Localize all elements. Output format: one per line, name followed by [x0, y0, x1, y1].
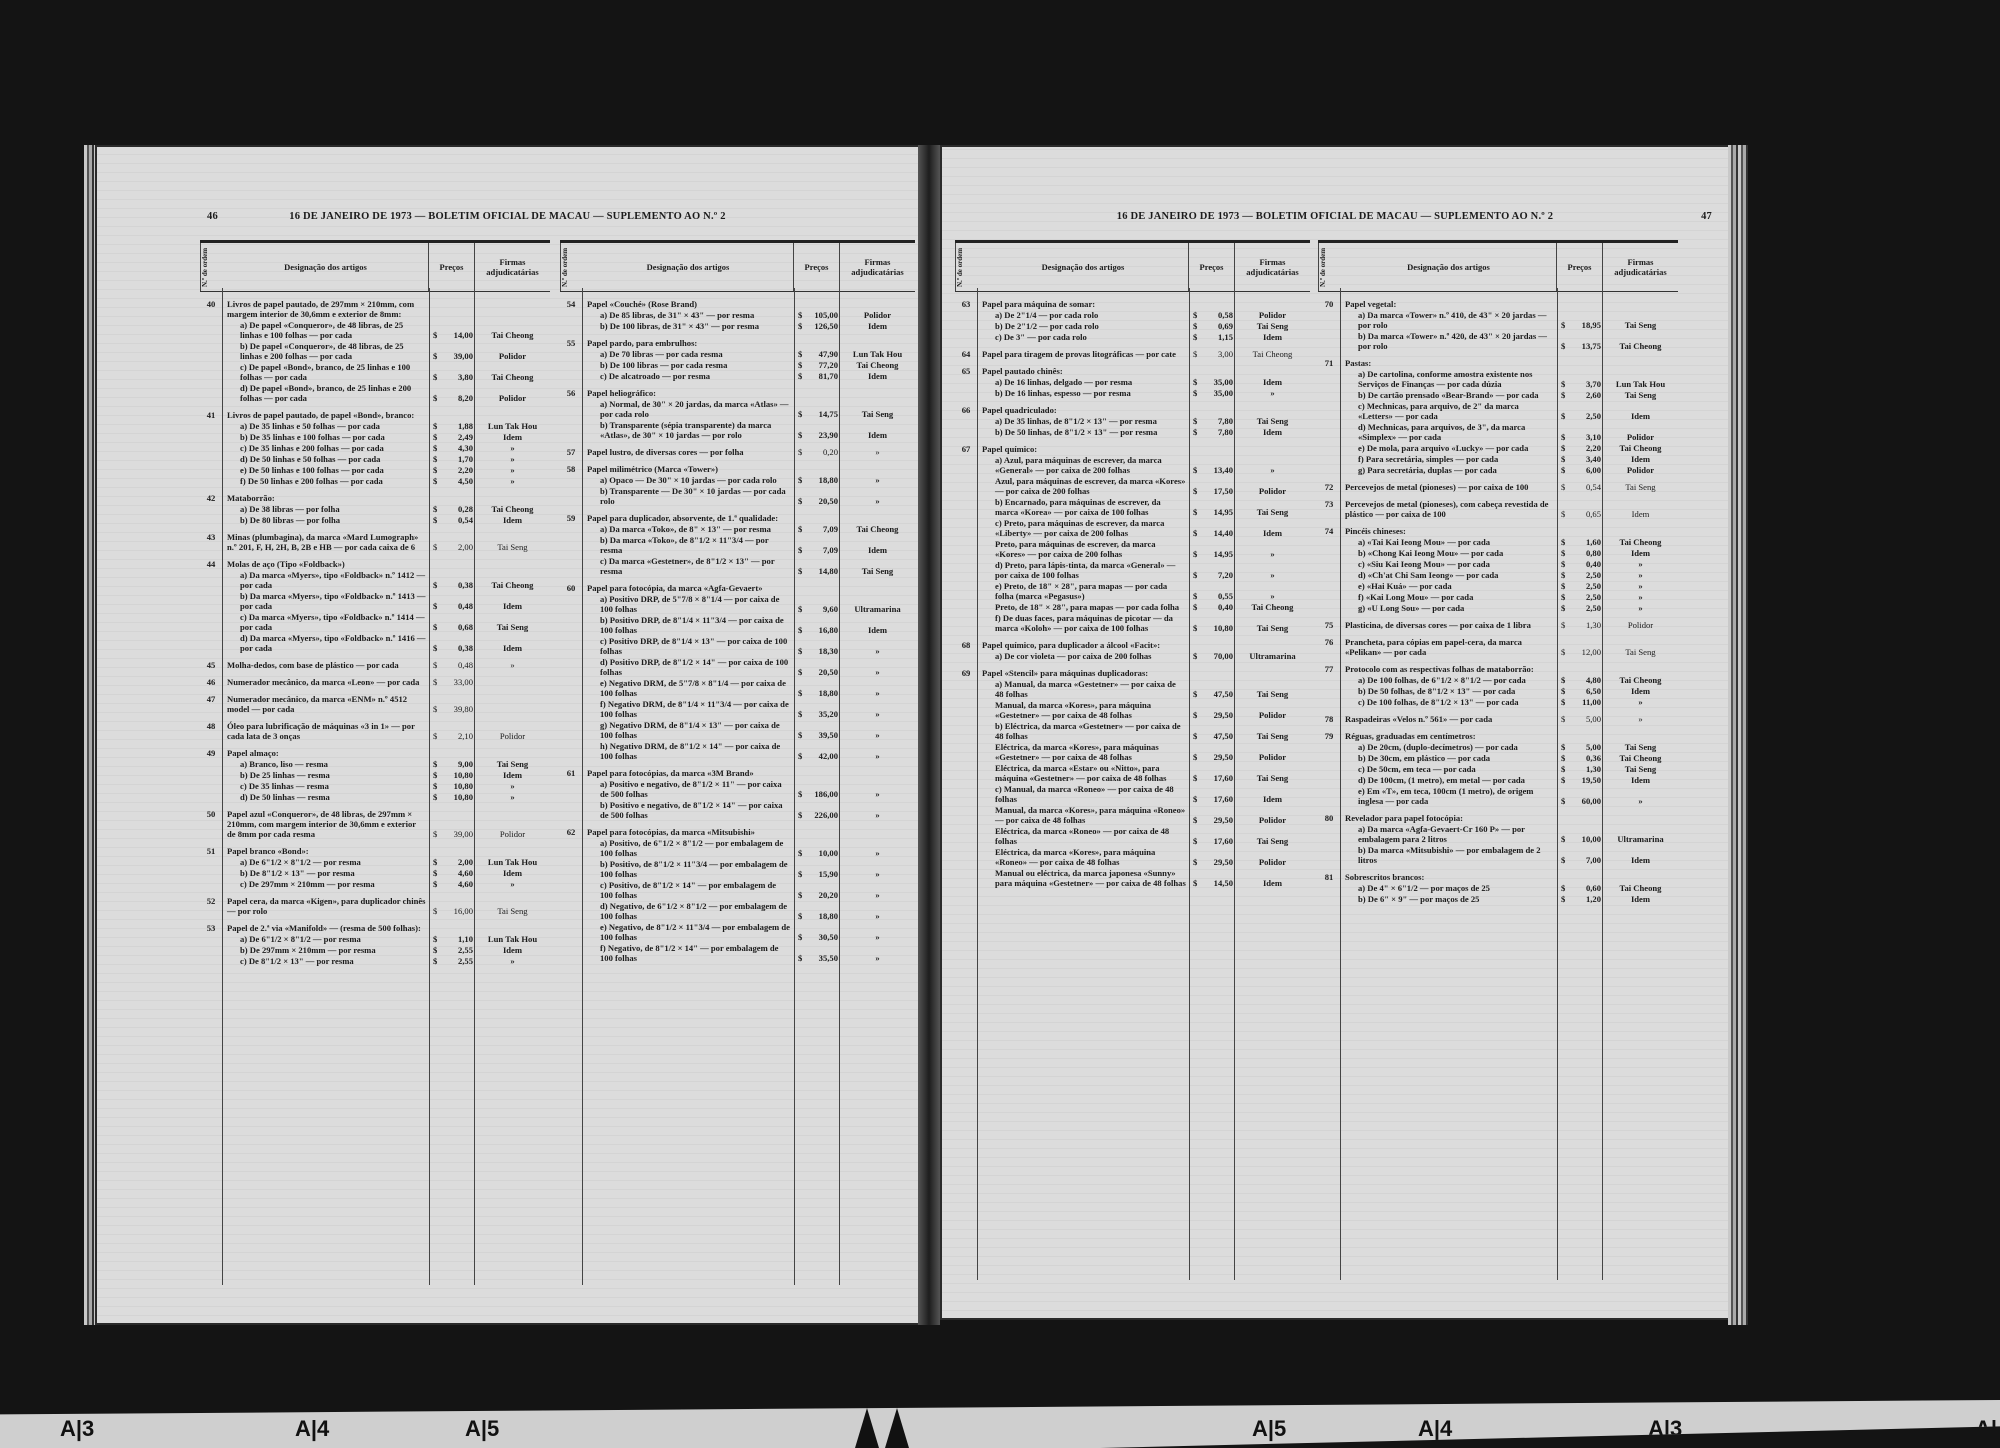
subitem-designation: b) De 2"1/2 — por cada rolo [977, 321, 1190, 331]
table-subrow: c) De 35 linhas e 200 folhas — por cada$… [200, 443, 550, 453]
subitem-designation: c) De 297mm × 210mm — por resma [222, 879, 430, 889]
item-price: $0,54 [1558, 482, 1603, 492]
table-subrow: b) De 80 libras — por folha$0,54Idem [200, 515, 550, 525]
subitem-price: $35,50 [795, 943, 840, 963]
subitem-firm: Tai Seng [1235, 721, 1310, 741]
table-row: 55Papel pardo, para embrulhos: [560, 338, 915, 348]
subitem-designation: a) «Tai Kai Ieong Mou» — por cada [1340, 537, 1558, 547]
table-subrow: b) «Chong Kai Ieong Mou» — por cada$0,80… [1318, 548, 1678, 558]
item-price: $33,00 [430, 677, 475, 687]
subitem-firm: Idem [475, 868, 550, 878]
table-subrow: a) De 2"1/4 — por cada rolo$0,58Polidor [955, 310, 1310, 320]
item-designation: Papel almaço: [222, 748, 430, 758]
item-designation: Papel para fotocópia, da marca «Agfa-Gev… [582, 583, 795, 593]
col-header-price: Preços [1188, 243, 1234, 291]
film-mark: A|4 [295, 1416, 329, 1442]
subitem-designation: a) Positivo DRP, de 5"7/8 × 8"1/4 — por … [582, 594, 795, 614]
subitem-firm: Tai Cheong [1603, 443, 1678, 453]
order-number: 77 [1318, 664, 1340, 674]
subitem-price: $226,00 [795, 800, 840, 820]
table-subrow: a) De 38 libras — por folha$0,28Tai Cheo… [200, 504, 550, 514]
col-header-firms: Firmas adjudicatárias [474, 243, 550, 291]
subitem-price: $0,60 [1558, 883, 1603, 893]
table-subrow: a) De 100 folhas, de 6"1/2 × 8"1/2 — por… [1318, 675, 1678, 685]
subitem-designation: g) Para secretária, duplas — por cada [1340, 465, 1558, 475]
table-subrow: e) De 50 linhas e 100 folhas — por cada$… [200, 465, 550, 475]
subitem-firm: » [840, 943, 915, 963]
table-header: N.º de ordemDesignação dos artigosPreços… [560, 240, 915, 292]
subitem-designation: h) Negativo DRM, de 8"1/2 × 14" — por ca… [582, 741, 795, 761]
subitem-firm: Tai Cheong [1603, 331, 1678, 351]
subitem-designation: b) De 50 folhas, de 8"1/2 × 13" — por ca… [1340, 686, 1558, 696]
subitem-firm: Tai Seng [1235, 416, 1310, 426]
subitem-firm: Tai Cheong [475, 504, 550, 514]
table-subrow: a) De 70 libras — por cada resma$47,90Lu… [560, 349, 915, 359]
subitem-designation: c) De 35 linhas — resma [222, 781, 430, 791]
subitem-price: $35,00 [1190, 388, 1235, 398]
order-number: 44 [200, 559, 222, 569]
col-header-no: N.º de ordem [955, 243, 978, 291]
item-designation: Percevejos de metal (pioneses), com cabe… [1340, 499, 1558, 519]
subitem-firm: Tai Seng [1235, 763, 1310, 783]
subitem-price: $2,50 [1558, 570, 1603, 580]
subitem-price: $126,50 [795, 321, 840, 331]
order-number: 76 [1318, 637, 1340, 657]
table-row: 67Papel químico: [955, 444, 1310, 454]
subitem-designation: d) De 50 linhas e 50 folhas — por cada [222, 454, 430, 464]
subitem-price: $17,50 [1190, 476, 1235, 496]
subitem-designation: c) De 50cm, em teca — por cada [1340, 764, 1558, 774]
subitem-price: $23,90 [795, 420, 840, 440]
table-row: 46Numerador mecânico, da marca «Leon» — … [200, 677, 550, 687]
order-number: 61 [560, 768, 582, 778]
subitem-firm: » [1235, 539, 1310, 559]
table-subrow: a) Da marca «Myers», tipo «Foldback» n.º… [200, 570, 550, 590]
table-header: N.º de ordemDesignação dos artigosPreços… [1318, 240, 1678, 292]
film-strip: A|3 A|4 A|5 A|5 A|4 A|3 A| [0, 1400, 2000, 1448]
table-subrow: b) De 16 linhas, espesso — por resma$35,… [955, 388, 1310, 398]
table-subrow: a) Branco, liso — resma$9,00Tai Seng [200, 759, 550, 769]
subitem-price: $17,60 [1190, 826, 1235, 846]
subitem-designation: f) De 50 linhas e 200 folhas — por cada [222, 476, 430, 486]
subitem-price: $10,80 [430, 792, 475, 802]
order-number: 64 [955, 349, 977, 359]
subitem-firm: Lun Tak Hou [475, 934, 550, 944]
subitem-price: $16,80 [795, 615, 840, 635]
subitem-designation: a) De 4" × 6"1/2 — por maços de 25 [1340, 883, 1558, 893]
table-subrow: d) De 100cm, (1 metro), em metal — por c… [1318, 775, 1678, 785]
table-subrow: a) De 20cm, (duplo-decímetros) — por cad… [1318, 742, 1678, 752]
subitem-designation: Preto, para máquinas de escrever, da mar… [977, 539, 1190, 559]
subitem-price: $20,50 [795, 486, 840, 506]
item-price: $3,00 [1190, 349, 1235, 359]
subitem-designation: Azul, para máquinas de escrever, da marc… [977, 476, 1190, 496]
order-number: 45 [200, 660, 222, 670]
subitem-designation: a) Da marca «Toko», de 8" × 13" — por re… [582, 524, 795, 534]
col-header-no: N.º de ordem [200, 243, 223, 291]
order-number: 49 [200, 748, 222, 758]
subitem-firm: Polidor [840, 310, 915, 320]
subitem-designation: b) Da marca «Mitsubishi» — por embalagem… [1340, 845, 1558, 865]
item-firm: Tai Seng [1603, 637, 1678, 657]
subitem-price: $0,69 [1190, 321, 1235, 331]
table-subrow: f) Negativo DRM, de 8"1/4 × 11"3/4 — por… [560, 699, 915, 719]
item-price: $39,80 [430, 694, 475, 714]
subitem-firm: » [840, 922, 915, 942]
subitem-designation: b) Transparente — De 30" × 10 jardas — p… [582, 486, 795, 506]
subitem-price: $30,50 [795, 922, 840, 942]
order-number: 74 [1318, 526, 1340, 536]
subitem-firm: Tai Seng [1235, 613, 1310, 633]
table-subrow: g) «U Long Sou» — por cada$2,50» [1318, 603, 1678, 613]
subitem-price: $3,70 [1558, 369, 1603, 389]
subitem-firm: » [840, 880, 915, 900]
table-row: 69Papel «Stencil» para máquinas duplicad… [955, 668, 1310, 678]
table-subrow: a) De cartolina, conforme amostra existe… [1318, 369, 1678, 389]
subitem-price: $29,50 [1190, 700, 1235, 720]
order-number: 62 [560, 827, 582, 837]
subitem-firm: Idem [840, 321, 915, 331]
subitem-firm: Polidor [1603, 465, 1678, 475]
subitem-firm: Polidor [1235, 700, 1310, 720]
subitem-designation: c) Manual, da marca «Roneo» — por caixa … [977, 784, 1190, 804]
subitem-price: $0,55 [1190, 581, 1235, 601]
subitem-designation: a) De 70 libras — por cada resma [582, 349, 795, 359]
subitem-firm: Tai Seng [1235, 321, 1310, 331]
subitem-designation: c) De papel «Bond», branco, de 25 linhas… [222, 362, 430, 382]
col-header-designation: Designação dos artigos [1341, 262, 1556, 272]
item-price: $16,00 [430, 896, 475, 916]
table-subrow: b) De 50 folhas, de 8"1/2 × 13" — por ca… [1318, 686, 1678, 696]
subitem-firm: Idem [475, 633, 550, 653]
item-price: $0,48 [430, 660, 475, 670]
subitem-designation: b) Transparente (sépia transparente) da … [582, 420, 795, 440]
table-subrow: d) Preto, para lápis-tinta, da marca «Ge… [955, 560, 1310, 580]
order-number: 42 [200, 493, 222, 503]
subitem-designation: d) Negativo, de 6"1/2 × 8"1/2 — por emba… [582, 901, 795, 921]
order-number: 80 [1318, 813, 1340, 823]
item-designation: Minas (plumbagina), da marca «Mard Lumog… [222, 532, 430, 552]
col-header-no: N.º de ordem [560, 243, 583, 291]
table-row: 59Papel para duplicador, absorvente, de … [560, 513, 915, 523]
subitem-price: $4,60 [430, 868, 475, 878]
subitem-designation: a) De cartolina, conforme amostra existe… [1340, 369, 1558, 389]
subitem-price: $9,60 [795, 594, 840, 614]
subitem-price: $29,50 [1190, 742, 1235, 762]
item-designation: Papel vegetal: [1340, 299, 1558, 309]
subitem-firm: » [1603, 559, 1678, 569]
subitem-designation: e) Em «T», em teca, 100cm (1 metro), de … [1340, 786, 1558, 806]
item-firm: Polidor [475, 721, 550, 741]
item-designation: Numerador mecânico, da marca «Leon» — po… [222, 677, 430, 687]
subitem-price: $10,80 [430, 781, 475, 791]
table-subrow: b) De cartão prensado «Bear-Brand» — por… [1318, 390, 1678, 400]
order-number: 54 [560, 299, 582, 309]
item-designation: Percevejos de metal (pioneses) — por cai… [1340, 482, 1558, 492]
subitem-designation: c) Da marca «Gestetner», de 8"1/2 × 13" … [582, 556, 795, 576]
subitem-price: $14,00 [430, 320, 475, 340]
subitem-firm: Lun Tak Hou [475, 857, 550, 867]
order-number: 78 [1318, 714, 1340, 724]
subitem-price: $4,60 [430, 879, 475, 889]
book-gutter [918, 145, 940, 1325]
item-designation: Livros de papel pautado, de 297mm × 210m… [222, 299, 430, 319]
subitem-firm: » [840, 636, 915, 656]
table-subrow: d) Da marca «Myers», tipo «Foldback» n.º… [200, 633, 550, 653]
subitem-firm: » [475, 443, 550, 453]
table-subrow: f) De 50 linhas e 200 folhas — por cada$… [200, 476, 550, 486]
subitem-firm: » [840, 486, 915, 506]
table-subrow: Preto, para máquinas de escrever, da mar… [955, 539, 1310, 559]
subitem-price: $2,55 [430, 956, 475, 966]
subitem-price: $10,80 [1190, 613, 1235, 633]
subitem-designation: b) De 25 linhas — resma [222, 770, 430, 780]
table-subrow: b) De 50 linhas, de 8"1/2 × 13" — por re… [955, 427, 1310, 437]
subitem-firm: Tai Seng [840, 556, 915, 576]
order-number: 71 [1318, 358, 1340, 368]
page-number: 47 [1701, 211, 1712, 222]
table-row: 62Papel para fotocópias, da marca «Mitsu… [560, 827, 915, 837]
table-row: 70Papel vegetal: [1318, 299, 1678, 309]
subitem-price: $2,49 [430, 432, 475, 442]
subitem-price: $18,80 [795, 901, 840, 921]
subitem-designation: Manual, da marca «Kores», para máquina «… [977, 805, 1190, 825]
table-subrow: a) Azul, para máquinas de escrever, da m… [955, 455, 1310, 475]
table-subrow: a) De 35 linhas, de 8"1/2 × 13" — por re… [955, 416, 1310, 426]
table-subrow: a) De 4" × 6"1/2 — por maços de 25$0,60T… [1318, 883, 1678, 893]
subitem-firm: Tai Seng [840, 399, 915, 419]
subitem-price: $7,09 [795, 535, 840, 555]
order-number: 57 [560, 447, 582, 457]
subitem-firm: Tai Seng [1235, 679, 1310, 699]
table-subrow: d) «Ch'at Chi Sam Ieong» — por cada$2,50… [1318, 570, 1678, 580]
subitem-price: $39,00 [430, 341, 475, 361]
table-subrow: a) De 85 libras, de 31" × 43" — por resm… [560, 310, 915, 320]
subitem-designation: a) Azul, para máquinas de escrever, da m… [977, 455, 1190, 475]
subitem-firm: Idem [1235, 784, 1310, 804]
table-subrow: b) De papel «Conqueror», de 48 libras, d… [200, 341, 550, 361]
subitem-price: $7,80 [1190, 427, 1235, 437]
subitem-designation: b) Positivo, de 8"1/2 × 11"3/4 — por emb… [582, 859, 795, 879]
order-number: 48 [200, 721, 222, 741]
subitem-designation: c) Da marca «Myers», tipo «Foldback» n.º… [222, 612, 430, 632]
subitem-designation: b) Da marca «Myers», tipo «Foldback» n.º… [222, 591, 430, 611]
order-number: 81 [1318, 872, 1340, 882]
subitem-price: $10,80 [430, 770, 475, 780]
table-subrow: c) De 100 folhas, de 8"1/2 × 13" — por c… [1318, 697, 1678, 707]
subitem-designation: c) Preto, para máquinas de escrever, da … [977, 518, 1190, 538]
subitem-price: $60,00 [1558, 786, 1603, 806]
subitem-price: $18,80 [795, 678, 840, 698]
subitem-designation: a) De 35 linhas e 50 folhas — por cada [222, 421, 430, 431]
subitem-firm: » [840, 720, 915, 740]
subitem-firm: Idem [1603, 454, 1678, 464]
subitem-firm: » [1235, 455, 1310, 475]
film-mark: A|5 [1252, 1416, 1286, 1442]
subitem-designation: Manual ou eléctrica, da marca japonesa «… [977, 868, 1190, 888]
order-number: 72 [1318, 482, 1340, 492]
item-firm: » [840, 447, 915, 457]
col-header-firms: Firmas adjudicatárias [1602, 243, 1678, 291]
subitem-designation: b) De 35 linhas e 100 folhas — por cada [222, 432, 430, 442]
subitem-firm: Lun Tak Hou [1603, 369, 1678, 389]
subitem-firm: » [475, 792, 550, 802]
subitem-designation: Preto, de 18" × 28", para mapas — por ca… [977, 602, 1190, 612]
subitem-price: $1,88 [430, 421, 475, 431]
page-left: 46 16 DE JANEIRO DE 1973 — BOLETIM OFICI… [95, 145, 920, 1325]
order-number: 51 [200, 846, 222, 856]
subitem-price: $2,20 [430, 465, 475, 475]
item-price: $2,10 [430, 721, 475, 741]
item-designation: Pincéis chineses: [1340, 526, 1558, 536]
subitem-price: $3,40 [1558, 454, 1603, 464]
subitem-designation: b) Positivo e negativo, de 8"1/2 × 14" —… [582, 800, 795, 820]
subitem-designation: d) «Ch'at Chi Sam Ieong» — por cada [1340, 570, 1558, 580]
subitem-firm: » [840, 741, 915, 761]
subitem-designation: a) De 20cm, (duplo-decímetros) — por cad… [1340, 742, 1558, 752]
table-subrow: c) «Siu Kai Ieong Mou» — por cada$0,40» [1318, 559, 1678, 569]
subitem-firm: Tai Seng [1235, 826, 1310, 846]
subitem-price: $0,48 [430, 591, 475, 611]
subitem-firm: » [840, 678, 915, 698]
item-designation: Papel para fotocópias, da marca «Mitsubi… [582, 827, 795, 837]
table-subrow: b) Positivo, de 8"1/2 × 11"3/4 — por emb… [560, 859, 915, 879]
table-row: 40Livros de papel pautado, de 297mm × 21… [200, 299, 550, 319]
table-subrow: c) De alcatroado — por resma$81,70Idem [560, 371, 915, 381]
table-subrow: d) De 50 linhas e 50 folhas — por cada$1… [200, 454, 550, 464]
subitem-price: $7,20 [1190, 560, 1235, 580]
table-row: 57Papel lustro, de diversas cores — por … [560, 447, 915, 457]
subitem-firm: Ultramarina [1235, 651, 1310, 661]
table-subrow: c) Mechnicas, para arquivo, de 2" da mar… [1318, 401, 1678, 421]
subitem-designation: f) Negativo DRM, de 8"1/4 × 11"3/4 — por… [582, 699, 795, 719]
item-designation: Mataborrão: [222, 493, 430, 503]
subitem-firm: Polidor [1603, 422, 1678, 442]
table-row: 43Minas (plumbagina), da marca «Mard Lum… [200, 532, 550, 552]
item-designation: Plasticina, de diversas cores — por caix… [1340, 620, 1558, 630]
table-subrow: c) Manual, da marca «Roneo» — por caixa … [955, 784, 1310, 804]
subitem-firm: » [1603, 697, 1678, 707]
order-number: 46 [200, 677, 222, 687]
subitem-designation: a) Manual, da marca «Gestetner» — por ca… [977, 679, 1190, 699]
item-firm: » [1603, 714, 1678, 724]
table-row: 50Papel azul «Conqueror», de 48 libras, … [200, 809, 550, 839]
subitem-firm: » [840, 838, 915, 858]
subitem-firm: Idem [1235, 332, 1310, 342]
subitem-price: $7,09 [795, 524, 840, 534]
table-subrow: b) Da marca «Tower» n.º 420, de 43" × 20… [1318, 331, 1678, 351]
subitem-price: $7,80 [1190, 416, 1235, 426]
subitem-price: $4,50 [430, 476, 475, 486]
subitem-price: $35,00 [1190, 377, 1235, 387]
subitem-firm: » [1603, 592, 1678, 602]
table-row: 71Pastas: [1318, 358, 1678, 368]
subitem-price: $1,15 [1190, 332, 1235, 342]
item-designation: Papel «Stencil» para máquinas duplicador… [977, 668, 1190, 678]
subitem-firm: Polidor [1235, 805, 1310, 825]
subitem-firm: Idem [840, 535, 915, 555]
subitem-firm: » [1235, 388, 1310, 398]
order-number: 43 [200, 532, 222, 552]
subitem-firm: Idem [475, 515, 550, 525]
subitem-firm: » [475, 476, 550, 486]
subitem-price: $13,75 [1558, 331, 1603, 351]
subitem-designation: c) De alcatroado — por resma [582, 371, 795, 381]
item-designation: Revelador para papel fotocópia: [1340, 813, 1558, 823]
table-subrow: f) De duas faces, para máquinas de picot… [955, 613, 1310, 633]
subitem-price: $19,50 [1558, 775, 1603, 785]
film-mark: A|3 [60, 1416, 94, 1442]
table-subrow: b) Transparente (sépia transparente) da … [560, 420, 915, 440]
table-subrow: b) De 8"1/2 × 13" — por resma$4,60Idem [200, 868, 550, 878]
subitem-firm: » [475, 465, 550, 475]
subitem-designation: c) Mechnicas, para arquivo, de 2" da mar… [1340, 401, 1558, 421]
subitem-designation: d) Preto, para lápis-tinta, da marca «Ge… [977, 560, 1190, 580]
subitem-firm: Tai Cheong [475, 320, 550, 340]
table-subrow: f) Para secretária, simples — por cada$3… [1318, 454, 1678, 464]
subitem-designation: b) «Chong Kai Ieong Mou» — por cada [1340, 548, 1558, 558]
table-row: 79Réguas, graduadas em centímetros: [1318, 731, 1678, 741]
item-firm [475, 677, 550, 687]
subitem-price: $47,50 [1190, 721, 1235, 741]
table-row: 80Revelador para papel fotocópia: [1318, 813, 1678, 823]
subitem-price: $10,00 [795, 838, 840, 858]
table-subrow: c) De 35 linhas — resma$10,80» [200, 781, 550, 791]
item-price: $12,00 [1558, 637, 1603, 657]
table-subrow: a) Da marca «Agfa-Gevaert-Cr 160 P» — po… [1318, 824, 1678, 844]
subitem-price: $8,20 [430, 383, 475, 403]
subitem-designation: c) De 8"1/2 × 13" — por resma [222, 956, 430, 966]
subitem-price: $186,00 [795, 779, 840, 799]
table-subrow: a) Positivo, de 6"1/2 × 8"1/2 — por emba… [560, 838, 915, 858]
table-subrow: d) Mechnicas, para arquivos, de 3", da m… [1318, 422, 1678, 442]
table-subrow: b) Encarnado, para máquinas de escrever,… [955, 497, 1310, 517]
item-firm: Tai Seng [1603, 482, 1678, 492]
table-row: 61Papel para fotocópias, da marca «3M Br… [560, 768, 915, 778]
subitem-designation: a) Da marca «Agfa-Gevaert-Cr 160 P» — po… [1340, 824, 1558, 844]
subitem-designation: c) De 3" — por cada rolo [977, 332, 1190, 342]
subitem-firm: » [1235, 581, 1310, 601]
item-firm: Tai Cheong [1235, 349, 1310, 359]
subitem-price: $13,40 [1190, 455, 1235, 475]
subitem-firm: » [475, 879, 550, 889]
subitem-price: $0,36 [1558, 753, 1603, 763]
item-firm: Idem [1603, 499, 1678, 519]
subitem-price: $5,00 [1558, 742, 1603, 752]
item-designation: Papel químico: [977, 444, 1190, 454]
table-row: 77Protocolo com as respectivas folhas de… [1318, 664, 1678, 674]
subitem-firm: Tai Seng [1603, 742, 1678, 752]
col-header-no: N.º de ordem [1318, 243, 1341, 291]
item-designation: Papel «Couché» (Rose Brand) [582, 299, 795, 309]
subitem-firm: Polidor [1235, 476, 1310, 496]
table-row: 44Molas de aço (Tipo «Foldback») [200, 559, 550, 569]
table-subrow: c) Da marca «Myers», tipo «Foldback» n.º… [200, 612, 550, 632]
item-designation: Réguas, graduadas em centímetros: [1340, 731, 1558, 741]
item-firm: Tai Seng [475, 896, 550, 916]
subitem-price: $18,30 [795, 636, 840, 656]
table-row: 42Mataborrão: [200, 493, 550, 503]
item-price: $39,00 [430, 809, 475, 839]
subitem-price: $14,80 [795, 556, 840, 576]
table-column: N.º de ordemDesignação dos artigosPreços… [955, 240, 1310, 1280]
subitem-firm: Tai Cheong [1603, 753, 1678, 763]
table-subrow: a) Manual, da marca «Gestetner» — por ca… [955, 679, 1310, 699]
subitem-firm: » [840, 800, 915, 820]
col-header-firms: Firmas adjudicatárias [1234, 243, 1310, 291]
table-subrow: Preto, de 18" × 28", para mapas — por ca… [955, 602, 1310, 612]
subitem-designation: b) De 6" × 9" — por maços de 25 [1340, 894, 1558, 904]
